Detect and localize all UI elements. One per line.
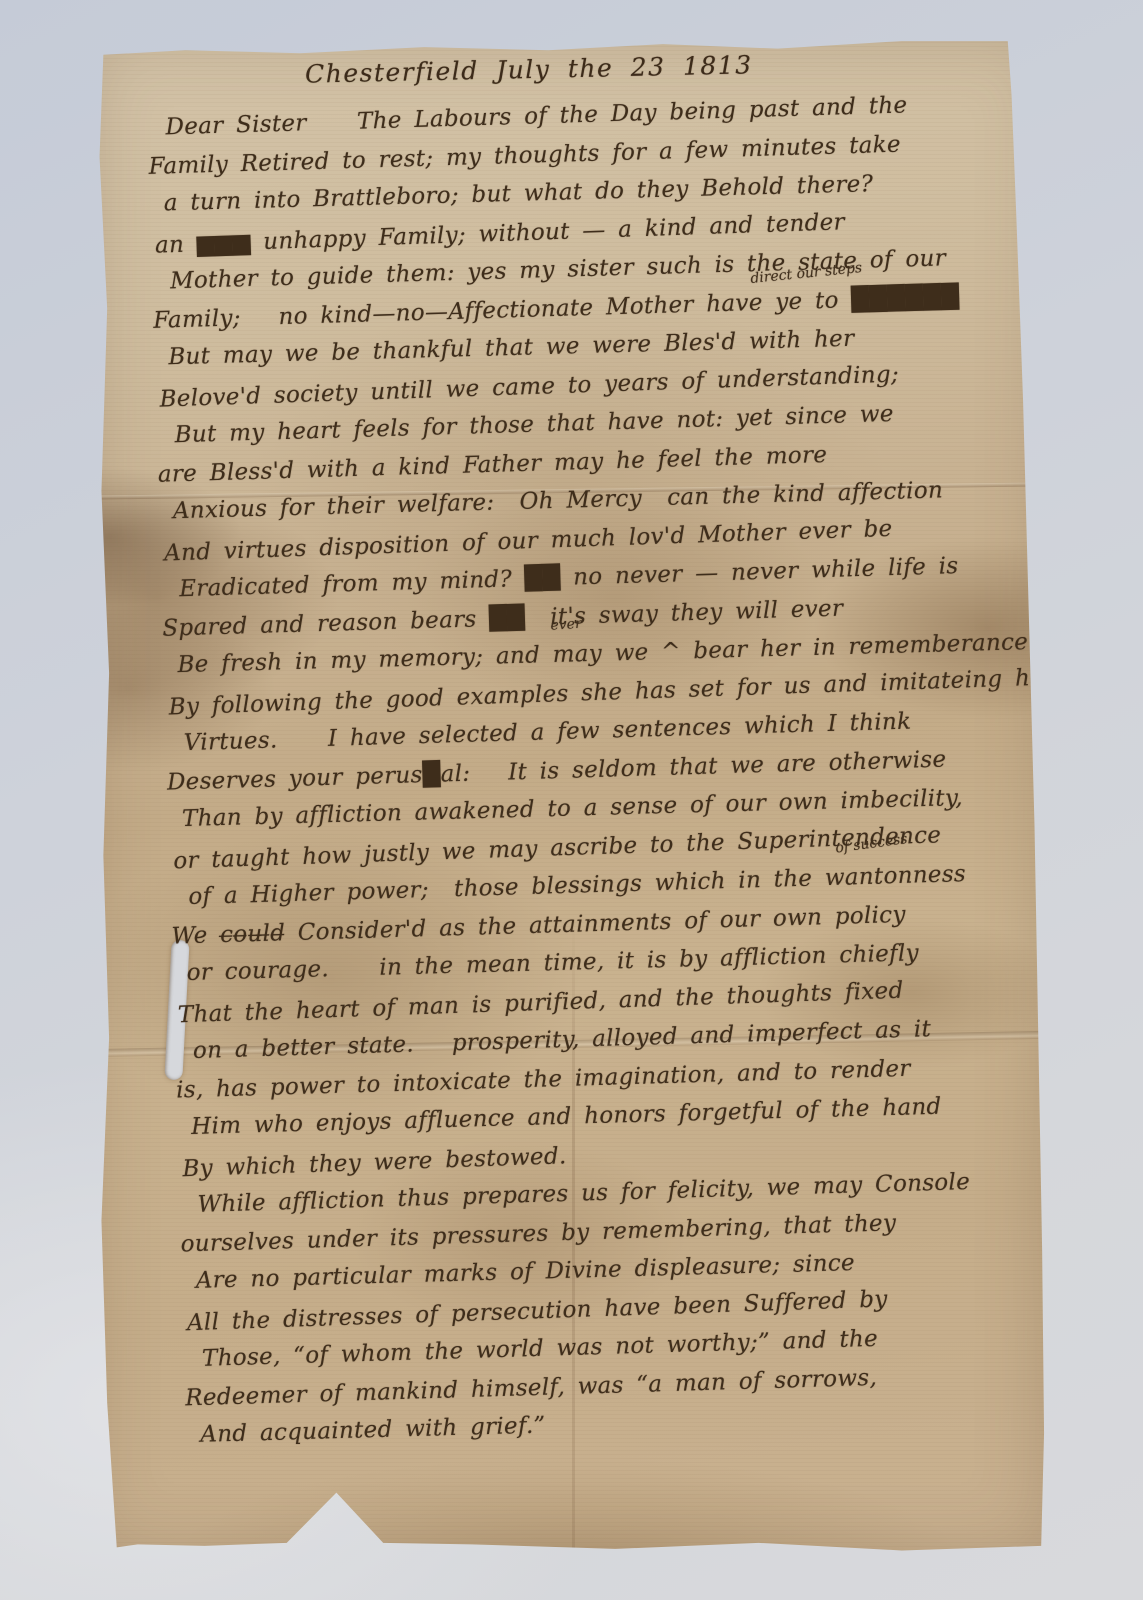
letter-paper: Chesterfield July the 23 1813 direct our… [90, 35, 1045, 1555]
interlinear-insertion: ever [550, 616, 582, 634]
letter-dateline: Chesterfield July the 23 1813 [305, 50, 753, 88]
letter-body: direct our steps ever of success Dear Si… [145, 83, 1065, 1456]
